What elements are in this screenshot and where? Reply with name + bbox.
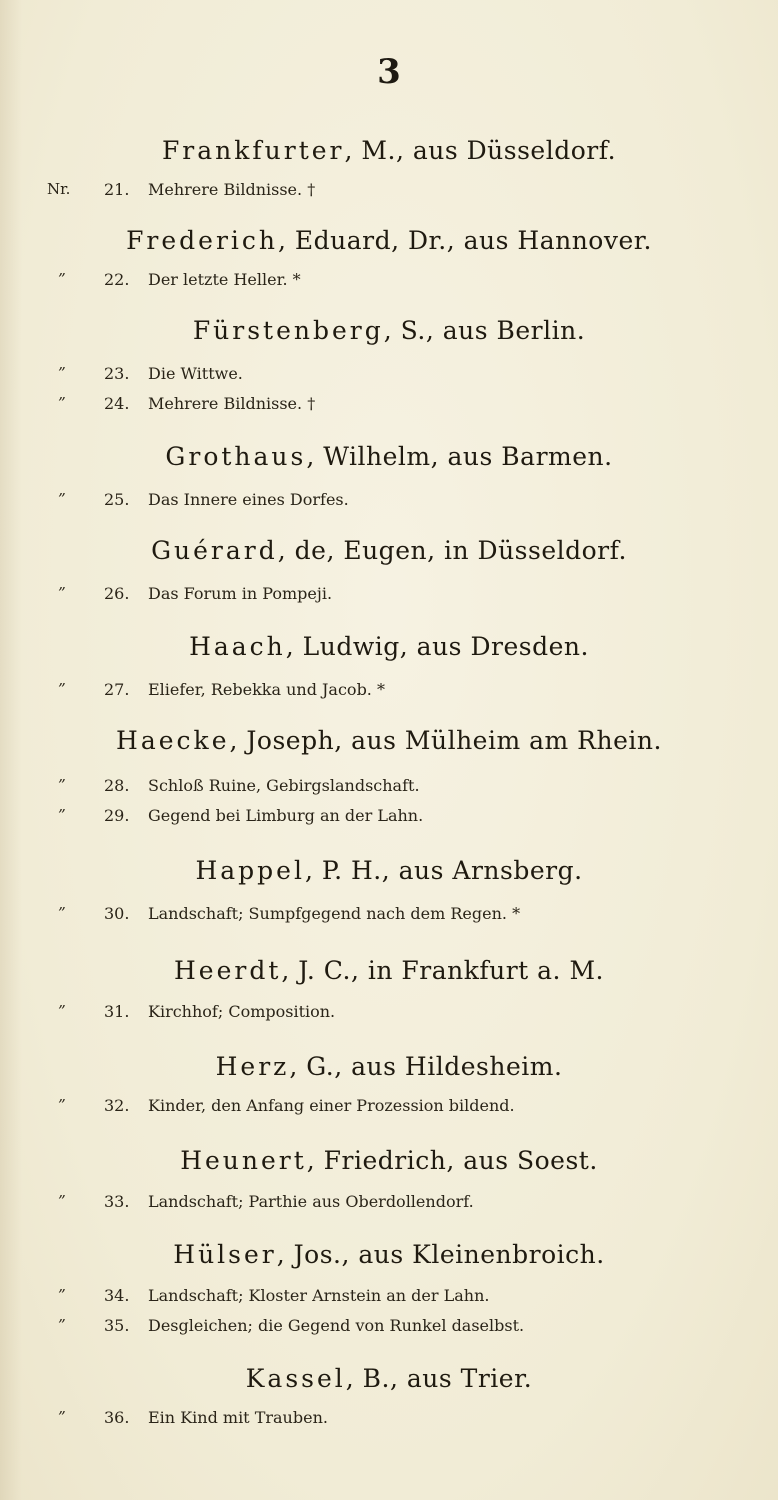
entry-number: 27. xyxy=(104,680,129,699)
artist-details: , M., aus Düsseldorf. xyxy=(345,136,617,165)
ditto-mark: ” xyxy=(58,364,98,382)
entry-number: 32. xyxy=(104,1096,129,1115)
artist-details: , S., aus Berlin. xyxy=(384,316,585,345)
entry-number: 31. xyxy=(104,1002,129,1021)
artist-details: , Jos., aus Kleinenbroich. xyxy=(277,1240,605,1269)
entry-number: 25. xyxy=(104,490,129,509)
ditto-mark: ” xyxy=(58,680,98,698)
ditto-mark: ” xyxy=(58,394,98,412)
artist-surname: Happel xyxy=(195,856,305,885)
artist-details: , de, Eugen, in Düsseldorf. xyxy=(278,536,627,565)
entry-title: Der letzte Heller. * xyxy=(148,270,301,289)
ditto-mark: ” xyxy=(58,584,98,602)
entry-title: Das Forum in Pompeji. xyxy=(148,584,332,603)
page-number: 3 xyxy=(0,52,778,92)
artist-heading: Frederich, Eduard, Dr., aus Hannover. xyxy=(0,226,778,255)
entry-number: 21. xyxy=(104,180,129,199)
entry-title: Kirchhof; Composition. xyxy=(148,1002,335,1021)
entry-number: 35. xyxy=(104,1316,129,1335)
artist-surname: Heunert xyxy=(180,1146,307,1175)
entry-number: 24. xyxy=(104,394,129,413)
ditto-mark: ” xyxy=(58,904,98,922)
ditto-mark: ” xyxy=(58,1096,98,1114)
artist-surname: Fürstenberg xyxy=(193,316,384,345)
artist-surname: Hülser xyxy=(173,1240,276,1269)
artist-heading: Heerdt, J. C., in Frankfurt a. M. xyxy=(0,956,778,985)
entry-number: 23. xyxy=(104,364,129,383)
artist-surname: Frankfurter xyxy=(162,136,345,165)
entry-number: 29. xyxy=(104,806,129,825)
artist-details: , Joseph, aus Mülheim am Rhein. xyxy=(230,726,662,755)
entry-title: Das Innere eines Dorfes. xyxy=(148,490,349,509)
artist-details: , Ludwig, aus Dresden. xyxy=(286,632,589,661)
artist-surname: Heerdt xyxy=(174,956,281,985)
entry-number: 30. xyxy=(104,904,129,923)
ditto-mark: ” xyxy=(58,1286,98,1304)
entry-number: 36. xyxy=(104,1408,129,1427)
ditto-mark: ” xyxy=(58,490,98,508)
entry-title: Landschaft; Sumpfgegend nach dem Regen. … xyxy=(148,904,520,923)
artist-heading: Guérard, de, Eugen, in Düsseldorf. xyxy=(0,536,778,565)
entry-number: 34. xyxy=(104,1286,129,1305)
ditto-mark: ” xyxy=(58,270,98,288)
entry-number: 26. xyxy=(104,584,129,603)
entry-title: Die Wittwe. xyxy=(148,364,243,383)
artist-heading: Fürstenberg, S., aus Berlin. xyxy=(0,316,778,345)
ditto-mark: ” xyxy=(58,806,98,824)
entry-title: Desgleichen; die Gegend von Runkel dasel… xyxy=(148,1316,524,1335)
entry-title: Landschaft; Kloster Arnstein an der Lahn… xyxy=(148,1286,489,1305)
entry-number: 28. xyxy=(104,776,129,795)
artist-details: , Friedrich, aus Soest. xyxy=(307,1146,598,1175)
artist-heading: Happel, P. H., aus Arnsberg. xyxy=(0,856,778,885)
ditto-mark: ” xyxy=(58,1192,98,1210)
entry-number: 22. xyxy=(104,270,129,289)
ditto-mark: ” xyxy=(58,1408,98,1426)
artist-heading: Kassel, B., aus Trier. xyxy=(0,1364,778,1393)
ditto-mark: ” xyxy=(58,1316,98,1334)
artist-surname: Herz xyxy=(216,1052,290,1081)
entry-title: Gegend bei Limburg an der Lahn. xyxy=(148,806,423,825)
artist-details: , Wilhelm, aus Barmen. xyxy=(306,442,612,471)
artist-surname: Haecke xyxy=(116,726,229,755)
artist-details: , G., aus Hildesheim. xyxy=(289,1052,562,1081)
ditto-mark: ” xyxy=(58,776,98,794)
entry-title: Kinder, den Anfang einer Prozession bild… xyxy=(148,1096,515,1115)
artist-heading: Haach, Ludwig, aus Dresden. xyxy=(0,632,778,661)
artist-heading: Grothaus, Wilhelm, aus Barmen. xyxy=(0,442,778,471)
artist-details: , J. C., in Frankfurt a. M. xyxy=(281,956,604,985)
artist-surname: Frederich xyxy=(126,226,278,255)
entry-title: Landschaft; Parthie aus Oberdollendorf. xyxy=(148,1192,474,1211)
artist-surname: Kassel xyxy=(246,1364,346,1393)
entry-title: Schloß Ruine, Gebirgslandschaft. xyxy=(148,776,420,795)
entry-title: Eliefer, Rebekka und Jacob. * xyxy=(148,680,385,699)
artist-details: , Eduard, Dr., aus Hannover. xyxy=(278,226,652,255)
entry-prefix: Nr. xyxy=(47,180,87,198)
artist-surname: Grothaus xyxy=(165,442,306,471)
artist-heading: Frankfurter, M., aus Düsseldorf. xyxy=(0,136,778,165)
artist-heading: Heunert, Friedrich, aus Soest. xyxy=(0,1146,778,1175)
entry-number: 33. xyxy=(104,1192,129,1211)
entry-title: Mehrere Bildnisse. † xyxy=(148,180,315,199)
artist-heading: Hülser, Jos., aus Kleinenbroich. xyxy=(0,1240,778,1269)
ditto-mark: ” xyxy=(58,1002,98,1020)
artist-details: , B., aus Trier. xyxy=(346,1364,532,1393)
artist-heading: Herz, G., aus Hildesheim. xyxy=(0,1052,778,1081)
artist-details: , P. H., aus Arnsberg. xyxy=(305,856,583,885)
artist-heading: Haecke, Joseph, aus Mülheim am Rhein. xyxy=(0,726,778,755)
entry-title: Ein Kind mit Trauben. xyxy=(148,1408,328,1427)
book-page: 3 Frankfurter, M., aus Düsseldorf. Nr. 2… xyxy=(0,0,778,1500)
artist-surname: Haach xyxy=(189,632,286,661)
artist-surname: Guérard xyxy=(151,536,278,565)
entry-title: Mehrere Bildnisse. † xyxy=(148,394,315,413)
